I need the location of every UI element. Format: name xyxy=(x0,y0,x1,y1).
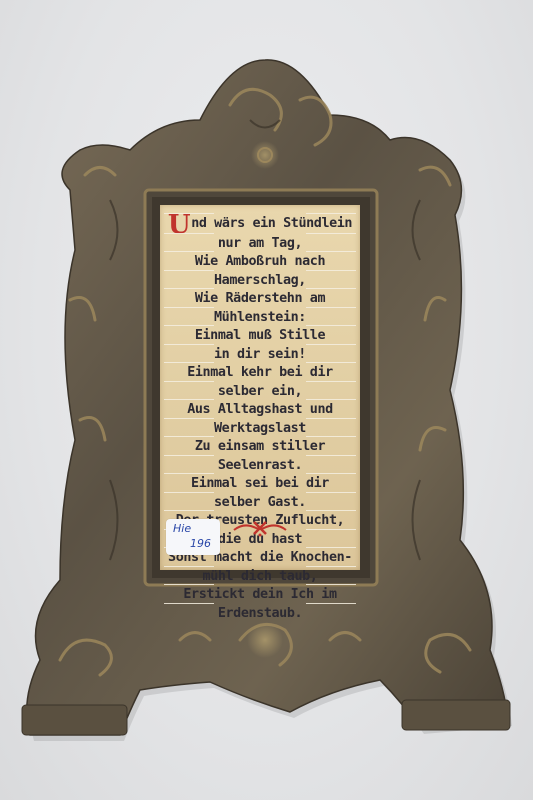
poem-card: Und wärs ein Stündlein nur am Tag, Wie A… xyxy=(160,205,360,570)
poem-line: Erdenstaub. xyxy=(160,605,360,624)
inventory-label-number: 196 xyxy=(190,537,211,550)
inventory-label-line1: Hie xyxy=(173,522,191,535)
red-flourish-ornament-icon xyxy=(230,518,290,538)
poem-text: Und wärs ein Stündlein nur am Tag, Wie A… xyxy=(160,215,360,623)
photograph: Und wärs ein Stündlein nur am Tag, Wie A… xyxy=(0,0,533,800)
inventory-label-sticker: Hie 196 xyxy=(166,519,220,555)
